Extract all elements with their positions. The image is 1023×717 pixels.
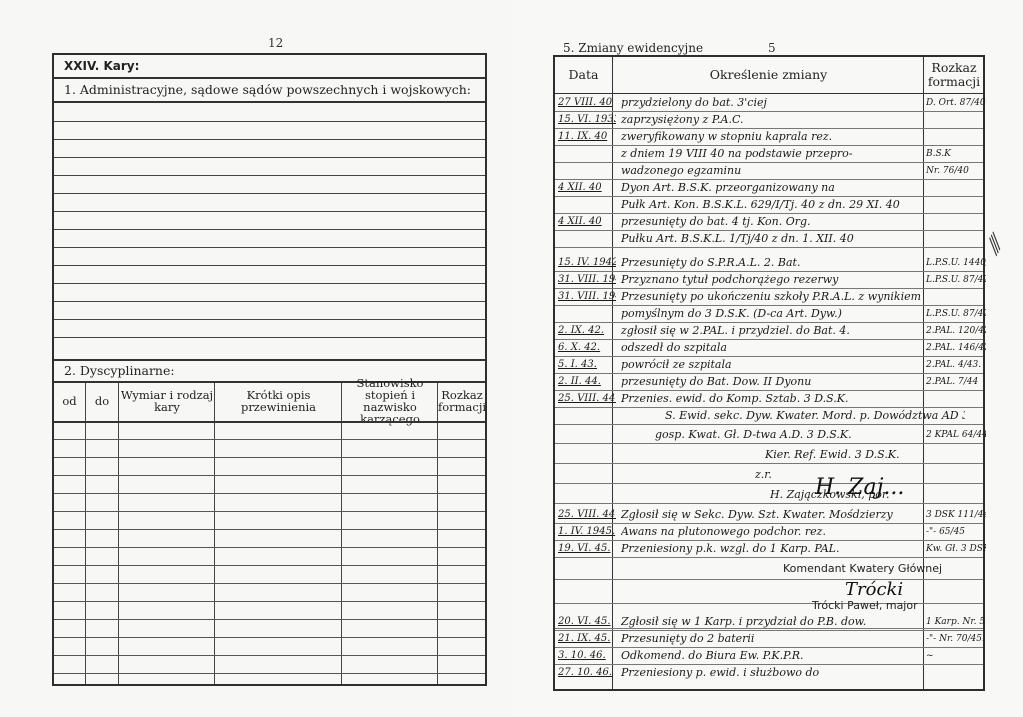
table-row: 4 XII. 40Dyon Art. B.S.K. przeorganizowa… (555, 180, 983, 197)
header-punisher: Stanowisko stopień i nazwisko karzącego (343, 383, 437, 419)
table-row-line (54, 673, 485, 674)
table-row: gosp. Kwat. Gł. D-twa A.D. 3 D.S.K.2 KPA… (555, 427, 983, 444)
ruled-line (54, 319, 485, 320)
ruled-line (54, 139, 485, 140)
ruled-line (54, 247, 485, 248)
row-description: z dniem 19 VIII 40 na podstawie przepro- (621, 147, 921, 160)
row-description: zgłosił się w 2.PAL. i przydziel. do Bat… (621, 324, 921, 337)
row-date: 15. VI. 1933. (558, 114, 616, 125)
left-page: 12 XXIV. Kary: 1. Administracyjne, sądow… (0, 0, 513, 717)
row-description: zaprzysiężony z P.A.C. (621, 113, 921, 126)
row-order: 3 DSK 111/44. (926, 510, 986, 520)
punishments-frame: XXIV. Kary: 1. Administracyjne, sądowe s… (52, 53, 487, 686)
table-row-line (54, 439, 485, 440)
header-description: Określenie zmiany (614, 57, 923, 93)
row-date: 25. VIII. 44. (558, 509, 616, 520)
row-date: 25. VIII. 44. (558, 393, 616, 404)
signature-trocki: Trócki (845, 579, 903, 600)
row-date: 27 VIII. 40 (558, 97, 616, 108)
row-order: -"- 65/45 (926, 527, 986, 537)
row-description: Przesunięty po ukończeniu szkoły P.R.A.L… (621, 290, 921, 303)
header-od: od (54, 383, 85, 419)
table-row: pomyślnym do 3 D.S.K. (D-ca Art. Dyw.)L.… (555, 306, 983, 323)
row-description: Zgłosił się w Sekc. Dyw. Szt. Kwater. Mo… (621, 508, 921, 521)
table-row-line (54, 583, 485, 584)
row-description: Przyznano tytuł podchorążego rezerwy (621, 273, 921, 286)
ruled-line (54, 265, 485, 266)
table-row: 19. VI. 45.Przeniesiony p.k. wzgl. do 1 … (555, 541, 983, 558)
row-order: 2.PAL. 120/42 (926, 326, 986, 336)
table-row: 3. 10. 46.Odkomend. do Biura Ew. P.K.P.R… (555, 648, 983, 665)
row-date: 11. IX. 40 (558, 131, 616, 142)
table-row: 31. VIII. 1942.Przesunięty po ukończeniu… (555, 289, 983, 306)
row-date: 4 XII. 40 (558, 182, 616, 193)
table-row: 4 XII. 40przesunięty do bat. 4 tj. Kon. … (555, 214, 983, 231)
row-order: ~ (926, 651, 986, 661)
table-row: 27. 10. 46.Przeniesiony p. ewid. i służb… (555, 665, 983, 682)
row-description: Dyon Art. B.S.K. przeorganizowany na (621, 181, 921, 194)
row-order: -"- Nr. 70/45. (926, 634, 986, 644)
table-row: Kier. Ref. Ewid. 3 D.S.K. (555, 447, 983, 464)
row-description: Przeniesiony p.k. wzgl. do 1 Karp. PAL. (621, 542, 921, 555)
table-row: 1. IV. 1945.Awans na plutonowego podchor… (555, 524, 983, 541)
row-description: Kier. Ref. Ewid. 3 D.S.K. (765, 448, 1023, 461)
row-description: Pułk Art. Kon. B.S.K.L. 629/I/Tj. 40 z d… (621, 198, 921, 211)
ruled-line (54, 301, 485, 302)
row-description: gosp. Kwat. Gł. D-twa A.D. 3 D.S.K. (655, 428, 955, 441)
table-row-line (54, 547, 485, 548)
table-row: 15. IV. 1942.Przesunięty do S.P.R.A.L. 2… (555, 255, 983, 272)
column-divider (214, 383, 215, 684)
stamp-commandant-title: Komendant Kwatery Głównej (783, 562, 942, 575)
page-number-right: 5 (768, 41, 776, 55)
table-row: Pułk Art. Kon. B.S.K.L. 629/I/Tj. 40 z d… (555, 197, 983, 214)
row-date: 21. IX. 45. (558, 633, 616, 644)
table-row-line (54, 511, 485, 512)
header-rule (54, 421, 485, 423)
row-description: pomyślnym do 3 D.S.K. (D-ca Art. Dyw.) (621, 307, 921, 320)
ruled-line (54, 175, 485, 176)
row-date: 2. IX. 42. (558, 325, 616, 336)
stamp-commandant-name: Trócki Paweł, major (812, 599, 918, 612)
ruled-line (54, 229, 485, 230)
row-date: 19. VI. 45. (558, 543, 616, 554)
table-row: 6. X. 42.odszedł do szpitala2.PAL. 146/4… (555, 340, 983, 357)
table-row: 25. VIII. 44.Przenies. ewid. do Komp. Sz… (555, 391, 983, 408)
table-row: S. Ewid. sekc. Dyw. Kwater. Mord. p. Dow… (555, 408, 983, 425)
table-row: 15. VI. 1933.zaprzysiężony z P.A.C. (555, 112, 983, 129)
row-description: S. Ewid. sekc. Dyw. Kwater. Mord. p. Dow… (665, 409, 965, 422)
row-description: wadzonego egzaminu (621, 164, 921, 177)
table-row-line (54, 493, 485, 494)
row-order: 2.PAL. 146/42 (926, 343, 986, 353)
row-description: Pułku Art. B.S.K.L. 1/Tj/40 z dn. 1. XII… (621, 232, 921, 245)
table-row (555, 587, 983, 604)
row-order: 1 Karp. Nr. 57/45. (926, 617, 986, 627)
row-description: przesunięty do bat. 4 tj. Kon. Org. (621, 215, 921, 228)
header-do: do (86, 383, 118, 419)
row-date: 6. X. 42. (558, 342, 616, 353)
row-order: 2 KPAL 64/44 (926, 430, 986, 440)
row-date: 15. IV. 1942. (558, 257, 616, 268)
row-description: odszedł do szpitala (621, 341, 921, 354)
table-row: 27 VIII. 40przydzielony do bat. 3'ciejD.… (555, 95, 983, 112)
ruled-line (54, 337, 485, 338)
signature-zajaczkowski: H. Zaj... (815, 475, 904, 500)
row-description: powrócił ze szpitala (621, 358, 921, 371)
ruled-line (54, 121, 485, 122)
row-date: 4 XII. 40 (558, 216, 616, 227)
table-row: 2. II. 44.przesunięty do Bat. Dow. II Dy… (555, 374, 983, 391)
ruled-line (54, 211, 485, 212)
row-order: D. Ort. 87/40 (926, 98, 986, 108)
table-row: Pułku Art. B.S.K.L. 1/Tj/40 z dn. 1. XII… (555, 231, 983, 248)
header-rule (555, 93, 983, 94)
row-order: 2.PAL. 4/43. (926, 360, 986, 370)
row-date: 20. VI. 45. (558, 616, 616, 627)
row-description: Przenies. ewid. do Komp. Sztab. 3 D.S.K. (621, 392, 921, 405)
header-penalty: Wymiar i rodzaj kary (120, 383, 214, 419)
table-row: z dniem 19 VIII 40 na podstawie przepro-… (555, 146, 983, 163)
row-order: B.S.K (926, 149, 986, 159)
subsection-administrative: 1. Administracyjne, sądowe sądów powszec… (54, 79, 485, 103)
row-description: zweryfikowany w stopniu kaprala rez. (621, 130, 921, 143)
row-order: 2.PAL. 7/44 (926, 377, 986, 387)
disciplinary-table: od do Wymiar i rodzaj kary Krótki opis p… (54, 383, 485, 684)
ruled-line (54, 283, 485, 284)
table-row: 11. IX. 40zweryfikowany w stopniu kapral… (555, 129, 983, 146)
header-order: Rozkaz formacji (439, 383, 485, 419)
table-row-line (54, 475, 485, 476)
row-description: Przeniesiony p. ewid. i służbowo do (621, 666, 921, 679)
header-order: Rozkaz formacji (925, 57, 983, 93)
column-divider (85, 383, 86, 684)
row-order: Nr. 76/40 (926, 166, 986, 176)
row-date: 5. I. 43. (558, 359, 616, 370)
table-row-line (54, 565, 485, 566)
table-row: 21. IX. 45.Przesunięty do 2 baterii-"- N… (555, 631, 983, 648)
row-description: Przesunięty do 2 baterii (621, 632, 921, 645)
row-order: Kw. Gł. 3 DSK 32/45. (926, 544, 986, 554)
table-row: 20. VI. 45.Zgłosił się w 1 Karp. i przyd… (555, 614, 983, 631)
row-description: Awans na plutonowego podchor. rez. (621, 525, 921, 538)
row-order: L.P.S.U. 87/42 pkt 1. (926, 275, 986, 285)
table-row-line (54, 529, 485, 530)
row-description: Odkomend. do Biura Ew. P.K.P.R. (621, 649, 921, 662)
record-changes-table: Data Określenie zmiany Rozkaz formacji 2… (553, 55, 985, 691)
row-order: L.P.S.U. 1440/III/42 (926, 258, 986, 268)
column-divider (118, 383, 119, 684)
table-row-line (54, 619, 485, 620)
table-row: wadzonego egzaminuNr. 76/40 (555, 163, 983, 180)
row-description: Zgłosił się w 1 Karp. i przydział do P.B… (621, 615, 921, 628)
row-date: 1. IV. 1945. (558, 526, 616, 537)
row-description: przydzielony do bat. 3'ciej (621, 96, 921, 109)
row-date: 31. VIII. 1942. (558, 274, 616, 285)
ruled-line (54, 193, 485, 194)
row-date: 31. VIII. 1942. (558, 291, 616, 302)
row-date: 2. II. 44. (558, 376, 616, 387)
row-date: 27. 10. 46. (558, 667, 616, 678)
row-date: 3. 10. 46. (558, 650, 616, 661)
column-divider (341, 383, 342, 684)
table-row-line (54, 457, 485, 458)
table-row: z.r. (555, 467, 983, 484)
table-row-line (54, 637, 485, 638)
table-row: H. Zajączkowski, por. (555, 487, 983, 504)
table-row: 2. IX. 42.zgłosił się w 2.PAL. i przydzi… (555, 323, 983, 340)
table-row: 25. VIII. 44.Zgłosił się w Sekc. Dyw. Sz… (555, 507, 983, 524)
table-row-line (54, 601, 485, 602)
header-date: Data (555, 57, 612, 93)
column-divider (437, 383, 438, 684)
row-order: L.P.S.U. 87/42 pkt 3. (926, 309, 986, 319)
row-description: Przesunięty do S.P.R.A.L. 2. Bat. (621, 256, 921, 269)
table-row-line (54, 655, 485, 656)
page-number-left: 12 (268, 36, 283, 50)
section-title-record-changes: 5. Zmiany ewidencyjne (563, 41, 703, 55)
ruled-line (54, 157, 485, 158)
header-description: Krótki opis przewinienia (216, 383, 341, 419)
section-title-punishments: XXIV. Kary: (54, 55, 485, 79)
table-row: 5. I. 43.powrócił ze szpitala2.PAL. 4/43… (555, 357, 983, 374)
table-row: 31. VIII. 1942.Przyznano tytuł podchorąż… (555, 272, 983, 289)
row-description: przesunięty do Bat. Dow. II Dyonu (621, 375, 921, 388)
